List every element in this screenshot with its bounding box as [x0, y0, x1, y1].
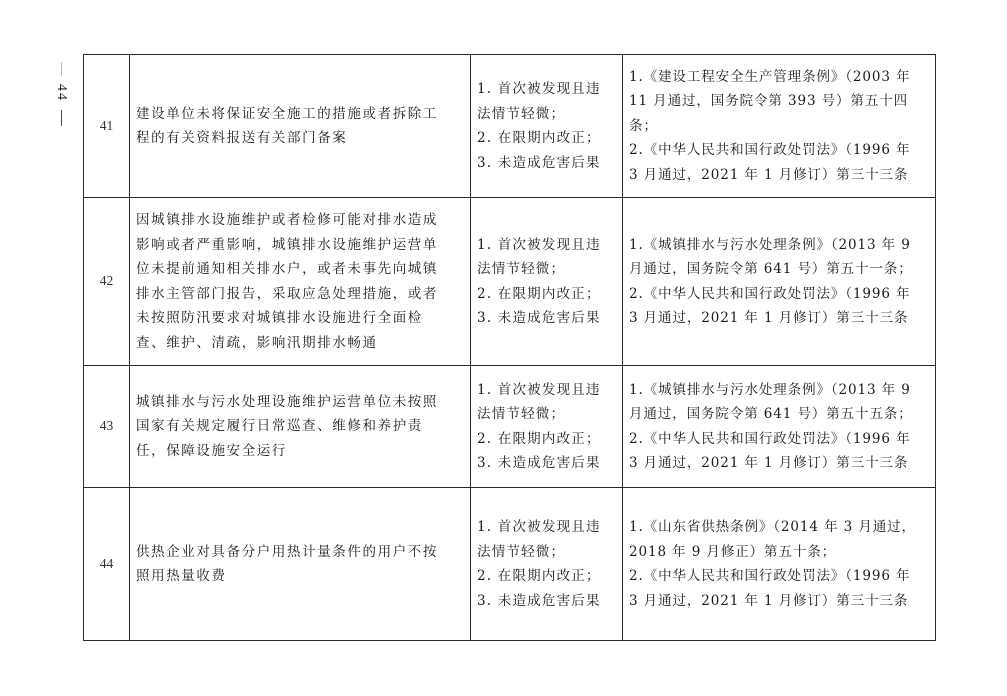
page-number-dash-top [61, 62, 62, 76]
row-number-cell: 42 [84, 198, 130, 366]
legal-basis-line: 条； [629, 114, 929, 139]
page-number-dash-bottom [61, 110, 62, 126]
exemption-conditions-cell: 1. 首次被发现且违法情节轻微；2. 在限期内改正；3. 未造成危害后果 [471, 488, 623, 641]
page-number-text: 44 [53, 84, 69, 102]
row-number: 41 [100, 118, 114, 133]
legal-basis-line: 月通过，国务院令第 641 号）第五十五条； [629, 402, 929, 427]
condition-line: 3. 未造成危害后果 [477, 451, 616, 476]
condition-line: 1. 首次被发现且违 [477, 515, 616, 540]
violation-description-cell: 城镇排水与污水处理设施维护运营单位未按照国家有关规定履行日常巡查、维修和养护责任… [130, 366, 471, 488]
condition-line: 1. 首次被发现且违 [477, 77, 616, 102]
row-number: 43 [100, 418, 114, 433]
legal-basis-line: 1.《建设工程安全生产管理条例》（2003 年 [629, 65, 929, 90]
description-line: 查、维护、清疏，影响汛期排水畅通 [136, 331, 464, 356]
condition-line: 3. 未造成危害后果 [477, 306, 616, 331]
condition-line: 1. 首次被发现且违 [477, 378, 616, 403]
exemption-conditions-cell: 1. 首次被发现且违法情节轻微；2. 在限期内改正；3. 未造成危害后果 [471, 55, 623, 198]
violation-description-cell: 因城镇排水设施维护或者检修可能对排水造成影响或者严重影响，城镇排水设施维护运营单… [130, 198, 471, 366]
description-line: 建设单位未将保证安全施工的措施或者拆除工 [136, 102, 464, 127]
description-line: 排水主管部门报告，采取应急处理措施，或者 [136, 282, 464, 307]
condition-line: 法情节轻微； [477, 540, 616, 565]
row-number-cell: 43 [84, 366, 130, 488]
description-line: 照用热量收费 [136, 564, 464, 589]
legal-basis-line: 2.《中华人民共和国行政处罚法》（1996 年 [629, 564, 929, 589]
page-number: 44 [50, 62, 72, 152]
table-row: 41 建设单位未将保证安全施工的措施或者拆除工程的有关资料报送有关部门备案 1.… [84, 55, 936, 198]
legal-basis-cell: 1.《城镇排水与污水处理条例》（2013 年 9月通过，国务院令第 641 号）… [623, 366, 936, 488]
row-number-cell: 41 [84, 55, 130, 198]
legal-basis-line: 2018 年 9 月修正）第五十条； [629, 540, 929, 565]
condition-line: 法情节轻微； [477, 102, 616, 127]
legal-basis-line: 3 月通过，2021 年 1 月修订）第三十三条 [629, 163, 929, 188]
condition-line: 法情节轻微； [477, 402, 616, 427]
legal-basis-cell: 1.《建设工程安全生产管理条例》（2003 年11 月通过，国务院令第 393 … [623, 55, 936, 198]
legal-basis-line: 2.《中华人民共和国行政处罚法》（1996 年 [629, 282, 929, 307]
condition-line: 法情节轻微； [477, 257, 616, 282]
row-number-cell: 44 [84, 488, 130, 641]
condition-line: 2. 在限期内改正； [477, 564, 616, 589]
condition-line: 2. 在限期内改正； [477, 427, 616, 452]
description-line: 影响或者严重影响，城镇排水设施维护运营单 [136, 233, 464, 258]
condition-line: 1. 首次被发现且违 [477, 233, 616, 258]
description-line: 城镇排水与污水处理设施维护运营单位未按照 [136, 390, 464, 415]
description-line: 位未提前通知相关排水户，或者未事先向城镇 [136, 257, 464, 282]
legal-basis-line: 2.《中华人民共和国行政处罚法》（1996 年 [629, 427, 929, 452]
condition-line: 3. 未造成危害后果 [477, 151, 616, 176]
table-row: 44 供热企业对具备分户用热计量条件的用户不按照用热量收费 1. 首次被发现且违… [84, 488, 936, 641]
description-line: 国家有关规定履行日常巡查、维修和养护责 [136, 414, 464, 439]
condition-line: 3. 未造成危害后果 [477, 589, 616, 614]
legal-basis-line: 3 月通过，2021 年 1 月修订）第三十三条 [629, 589, 929, 614]
description-line: 因城镇排水设施维护或者检修可能对排水造成 [136, 208, 464, 233]
legal-basis-cell: 1.《城镇排水与污水处理条例》（2013 年 9月通过，国务院令第 641 号）… [623, 198, 936, 366]
legal-basis-line: 1.《城镇排水与污水处理条例》（2013 年 9 [629, 233, 929, 258]
exemption-conditions-cell: 1. 首次被发现且违法情节轻微；2. 在限期内改正；3. 未造成危害后果 [471, 366, 623, 488]
row-number: 42 [100, 273, 114, 288]
violation-description-cell: 建设单位未将保证安全施工的措施或者拆除工程的有关资料报送有关部门备案 [130, 55, 471, 198]
description-line: 任，保障设施安全运行 [136, 439, 464, 464]
legal-basis-line: 2.《中华人民共和国行政处罚法》（1996 年 [629, 138, 929, 163]
condition-line: 2. 在限期内改正； [477, 126, 616, 151]
legal-basis-line: 11 月通过，国务院令第 393 号）第五十四 [629, 89, 929, 114]
table-row: 42 因城镇排水设施维护或者检修可能对排水造成影响或者严重影响，城镇排水设施维护… [84, 198, 936, 366]
legal-basis-line: 3 月通过，2021 年 1 月修订）第三十三条 [629, 451, 929, 476]
row-number: 44 [100, 556, 114, 571]
violation-description-cell: 供热企业对具备分户用热计量条件的用户不按照用热量收费 [130, 488, 471, 641]
exemption-conditions-cell: 1. 首次被发现且违法情节轻微；2. 在限期内改正；3. 未造成危害后果 [471, 198, 623, 366]
legal-basis-line: 1.《山东省供热条例》（2014 年 3 月通过， [629, 515, 929, 540]
penalty-exemption-table: 41 建设单位未将保证安全施工的措施或者拆除工程的有关资料报送有关部门备案 1.… [83, 54, 936, 641]
table-row: 43 城镇排水与污水处理设施维护运营单位未按照国家有关规定履行日常巡查、维修和养… [84, 366, 936, 488]
legal-basis-line: 月通过，国务院令第 641 号）第五十一条； [629, 257, 929, 282]
legal-basis-line: 1.《城镇排水与污水处理条例》（2013 年 9 [629, 378, 929, 403]
description-line: 未按照防汛要求对城镇排水设施进行全面检 [136, 306, 464, 331]
legal-basis-line: 3 月通过，2021 年 1 月修订）第三十三条 [629, 306, 929, 331]
description-line: 供热企业对具备分户用热计量条件的用户不按 [136, 540, 464, 565]
description-line: 程的有关资料报送有关部门备案 [136, 126, 464, 151]
condition-line: 2. 在限期内改正； [477, 282, 616, 307]
legal-basis-cell: 1.《山东省供热条例》（2014 年 3 月通过，2018 年 9 月修正）第五… [623, 488, 936, 641]
